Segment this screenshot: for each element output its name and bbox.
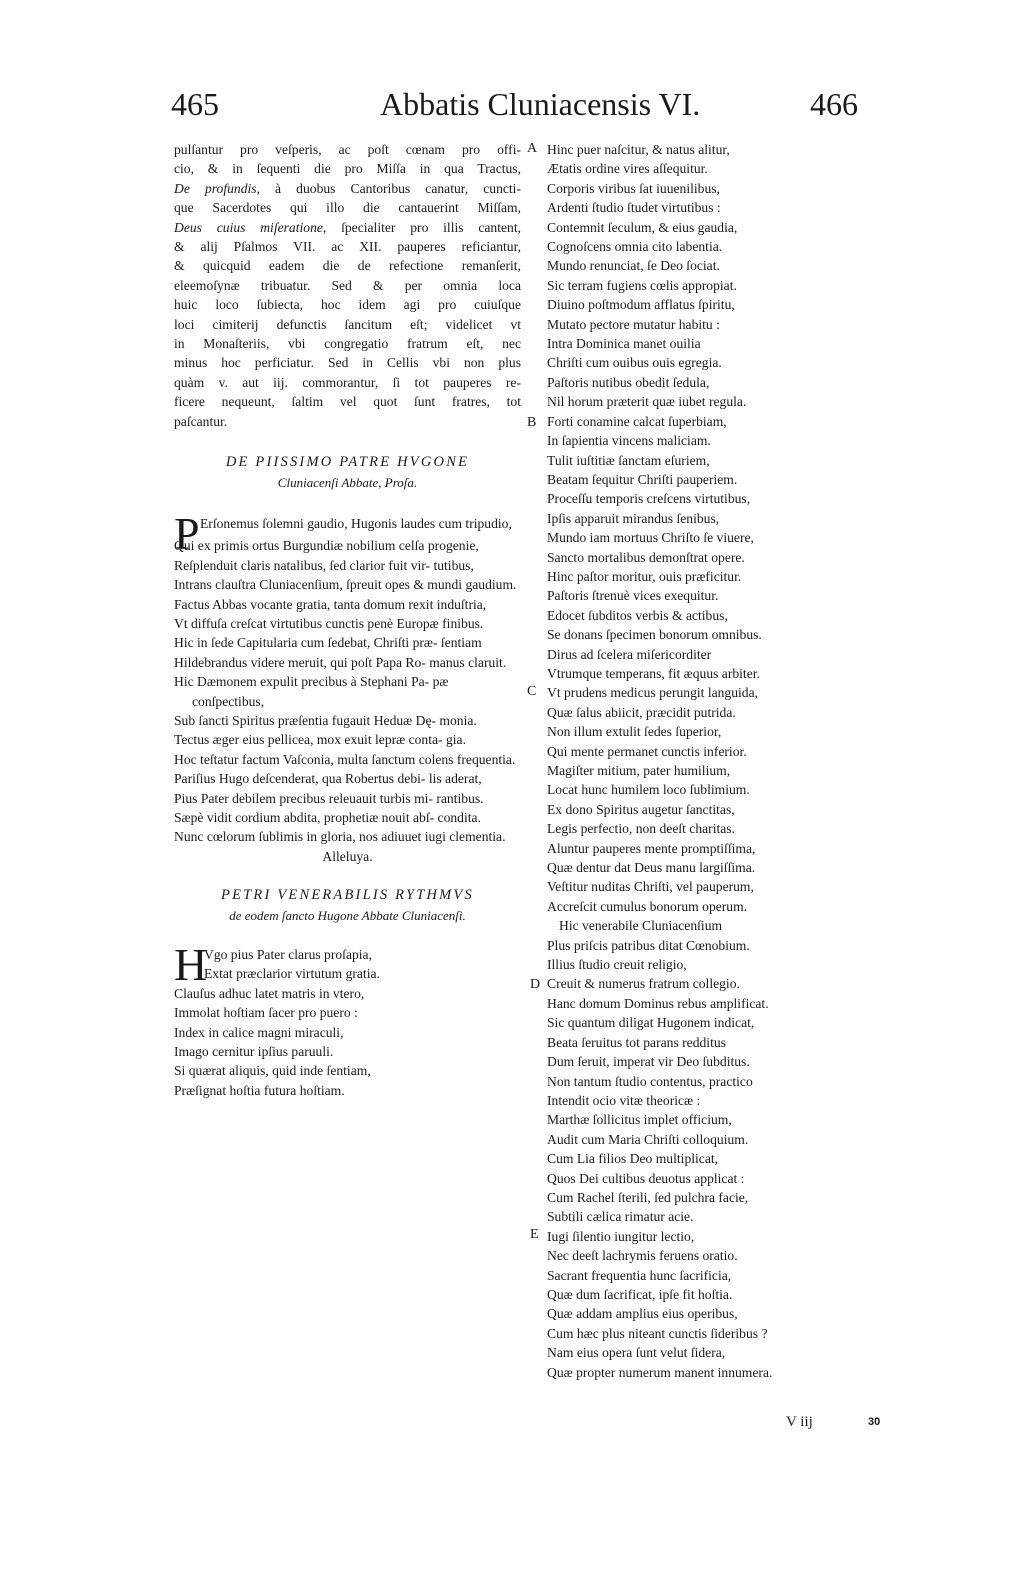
verse-list: Qui ex primis ortus Burgundiæ nobilium c…: [174, 536, 521, 847]
verse-line: Sacrant frequentia hunc ſacrificia,: [547, 1266, 867, 1285]
verse-line: Nam eius opera ſunt velut ſidera,: [547, 1343, 867, 1362]
verse-line: Nil horum præterit quæ iubet regula.: [547, 392, 867, 411]
verse-line: Pius Pater debilem precibus releuauit tu…: [174, 789, 521, 808]
verse-line: Vt prudens medicus perungit languida,: [547, 683, 867, 702]
verse-line: Iugi ſilentio iungitur lectio,: [547, 1227, 867, 1246]
verse-with-dropcap: P Erſonemus ſolemni gaudio, Hugonis laud…: [174, 514, 521, 533]
section-subtitle: de eodem ſancto Hugone Abbate Cluniacenſ…: [174, 906, 521, 925]
verse-line: Intrans clauſtra Cluniacenſium, ſpreuit …: [174, 575, 521, 594]
prose-line: loci cimiterij defunctis ſancitum eſt; v…: [174, 315, 521, 334]
verse-line: Veſtitur nuditas Chriſti, vel pauperum,: [547, 877, 867, 896]
verse-line: Magiſter mitium, pater humilium,: [547, 761, 867, 780]
verse-line: Vgo pius Pater clarus proſapia,: [204, 945, 521, 964]
section-heading-prosa: DE PIISSIMO PATRE HVGONE Cluniacenſi Abb…: [174, 453, 521, 492]
verse-line: Ætatis ordine vires aſſequitur.: [547, 159, 867, 178]
verse-line: Tectus æger eius pellicea, mox exuit lep…: [174, 730, 521, 749]
prose-line: huic loco ſubiecta, hoc idem agi pro cui…: [174, 295, 521, 314]
verse-line: Vt diffuſa creſcat virtutibus cunctis pe…: [174, 614, 521, 633]
sheet-number: 30: [868, 1416, 880, 1428]
verse-line: Locat hunc humilem loco ſublimium.: [547, 780, 867, 799]
verse-line: Sic terram fugiens cœlis appropiat.: [547, 276, 867, 295]
page-number-left: 465: [171, 86, 219, 123]
verse-line: Contemnit ſeculum, & eius gaudia,: [547, 218, 867, 237]
italic-incipit: Deus cuius miſeratione: [174, 220, 323, 235]
verse-line: Hinc paſtor moritur, ouis præficitur.: [547, 567, 867, 586]
section-heading-rythmus: PETRI VENERABILIS RYTHMVS de eodem ſanct…: [174, 886, 521, 925]
verse-line: Hanc domum Dominus rebus amplificat.: [547, 994, 867, 1013]
left-column: pulſantur pro veſperis, ac poſt cœnam pr…: [174, 140, 521, 1100]
verse-line: Ex dono Spiritus augetur ſanctitas,: [547, 800, 867, 819]
verse-line: Mundo renunciat, ſe Deo ſociat.: [547, 256, 867, 275]
verse-line: Nec deeſt lachrymis feruens oratio.: [547, 1246, 867, 1265]
verse-line: Immolat hoſtiam ſacer pro puero :: [174, 1003, 521, 1022]
verse-line: Præſignat hoſtia futura hoſtiam.: [174, 1081, 521, 1100]
verse-line: Proceſſu temporis creſcens virtutibus,: [547, 489, 867, 508]
verse-line: Cum Lia filios Deo multiplicat,: [547, 1149, 867, 1168]
margin-marker-d: D: [530, 977, 540, 993]
prose-line: minus hoc perficiatur. Sed in Cellis vbi…: [174, 353, 521, 372]
verse-line: Hildebrandus videre meruit, qui poſt Pap…: [174, 653, 521, 672]
drop-cap: P: [174, 515, 200, 553]
verse-line: Qui mente permanet cunctis inferior.: [547, 742, 867, 761]
verse-line: Hic venerabile Cluniacenſium: [547, 916, 867, 935]
verse-line: Quæ dum ſacrificat, ipſe fit hoſtia.: [547, 1285, 867, 1304]
prose-line: que Sacerdotes qui illo die cantauerint …: [174, 198, 521, 217]
verse-line: Quos Dei cultibus deuotus applicat :: [547, 1169, 867, 1188]
verse-line: Illius ſtudio creuit religio,: [547, 955, 867, 974]
verse-line: Extat præclarior virtutum gratia.: [204, 964, 521, 983]
drop-cap: H: [174, 946, 207, 984]
verse-line: Sancto mortalibus demonſtrat opere.: [547, 548, 867, 567]
verse-line: Qui ex primis ortus Burgundiæ nobilium c…: [174, 536, 521, 555]
verse-line: Pariſius Hugo deſcenderat, qua Robertus …: [174, 769, 521, 788]
verse-line: Intendit ocio vitæ theoricæ :: [547, 1091, 867, 1110]
verse-line: Accreſcit cumulus bonorum operum.: [547, 897, 867, 916]
verse-line: Legis perfectio, non deeſt charitas.: [547, 819, 867, 838]
verse-line: Edocet ſubditos verbis & actibus,: [547, 606, 867, 625]
prose-line: eleemoſynæ tribuatur. Sed & per omnia lo…: [174, 276, 521, 295]
verse-line: Dum ſeruit, imperat vir Deo ſubditus.: [547, 1052, 867, 1071]
verse-line: Chriſti cum ouibus ouis egregia.: [547, 353, 867, 372]
prosa-verses: P Erſonemus ſolemni gaudio, Hugonis laud…: [174, 514, 521, 866]
verse-text: Erſonemus ſolemni gaudio, Hugonis laudes…: [200, 516, 512, 531]
verse-line: Aluntur pauperes mente promptiſſima,: [547, 839, 867, 858]
verse-line: Sub ſancti Spiritus præſentia fugauit He…: [174, 711, 521, 730]
prose-line: pulſantur pro veſperis, ac poſt cœnam pr…: [174, 140, 521, 159]
verse-line: Corporis viribus ſat iuuenilibus,: [547, 179, 867, 198]
verse-line: Nunc cœlorum ſublimis in gloria, nos adi…: [174, 827, 521, 846]
verse-line: Intra Dominica manet ouilia: [547, 334, 867, 353]
margin-marker-b: B: [527, 415, 536, 431]
verse-line: Beata ſeruitus tot parans redditus: [547, 1033, 867, 1052]
verse-line: Cum Rachel ſterili, ſed pulchra facie,: [547, 1188, 867, 1207]
section-title: DE PIISSIMO PATRE HVGONE: [174, 453, 521, 472]
verse-line: Se donans ſpecimen bonorum omnibus.: [547, 625, 867, 644]
verse-line: Plus priſcis patribus ditat Cœnobium.: [547, 936, 867, 955]
verse-line: Non tantum ſtudio contentus, practico: [547, 1072, 867, 1091]
verse-line: Dirus ad ſcelera miſericorditer: [547, 645, 867, 664]
prose-line: Deus cuius miſeratione, ſpecialiter pro …: [174, 218, 521, 237]
prose-line: quàm v. aut iij. commorantur, ſi tot pau…: [174, 373, 521, 392]
verse-line: Si quærat aliquis, quid inde ſentiam,: [174, 1061, 521, 1080]
verse-line: Cognoſcens omnia cito labentia.: [547, 237, 867, 256]
verse-line: In ſapientia vincens maliciam.: [547, 431, 867, 450]
verse-with-dropcap: H Vgo pius Pater clarus proſapia, Extat …: [174, 945, 521, 984]
verse-line: Hinc puer naſcitur, & natus alitur,: [547, 140, 867, 159]
prose-line: cio, & in ſequenti die pro Miſſa in qua …: [174, 159, 521, 178]
verse-line: Mundo iam mortuus Chriſto ſe viuere,: [547, 528, 867, 547]
alleluya: Alleluya.: [174, 847, 521, 866]
verse-line: Audit cum Maria Chriſti colloquium.: [547, 1130, 867, 1149]
verse-line: Factus Abbas vocante gratia, tanta domum…: [174, 595, 521, 614]
verse-line: Tulit iuſtitiæ ſanctam eſuriem,: [547, 451, 867, 470]
prose-line: in Monaſteriis, vbi congregatio fratrum …: [174, 334, 521, 353]
verse-line: Index in calice magni miraculi,: [174, 1023, 521, 1042]
verse-line: Imago cernitur ipſius paruuli.: [174, 1042, 521, 1061]
verse-line: Quæ addam amplius eius operibus,: [547, 1304, 867, 1323]
verse-line: Paſtoris ſtrenuè vices exequitur.: [547, 586, 867, 605]
verse-line: Mutato pectore mutatur habitu :: [547, 315, 867, 334]
verse-line: Beatam ſequitur Chriſti pauperiem.: [547, 470, 867, 489]
verse-line: Diuino poſtmodum afflatus ſpiritu,: [547, 295, 867, 314]
prose-line: & quicquid eadem die de refectione reman…: [174, 256, 521, 275]
verse-line: Hic Dæmonem expulit precibus à Stephani …: [174, 672, 521, 711]
verse-line: Ardenti ſtudio ſtudet virtutibus :: [547, 198, 867, 217]
section-subtitle: Cluniacenſi Abbate, Proſa.: [174, 473, 521, 492]
verse-line: Quæ propter numerum manent innumera.: [547, 1363, 867, 1382]
verse-line: Marthæ ſollicitus implet officium,: [547, 1110, 867, 1129]
verse-line: Quæ dentur dat Deus manu largiſſima.: [547, 858, 867, 877]
verse-line: Hoc teſtatur factum Vaſconia, multa ſanc…: [174, 750, 521, 769]
verse-line: Creuit & numerus fratrum collegio.: [547, 974, 867, 993]
verse-line: Reſplenduit claris natalibus, ſed clario…: [174, 556, 521, 575]
verse-line: Non illum extulit ſedes ſuperior,: [547, 722, 867, 741]
signature-mark: V iij: [786, 1414, 813, 1431]
verse-line: Ipſis apparuit mirandus ſenibus,: [547, 509, 867, 528]
prose-line: & alij Pſalmos VII. ac XII. pauperes ref…: [174, 237, 521, 256]
verse-line: Sic quantum diligat Hugonem indicat,: [547, 1013, 867, 1032]
margin-marker-e: E: [530, 1227, 539, 1243]
verse-line: Quæ ſalus abiicit, præcidit putrida.: [547, 703, 867, 722]
right-column: Hinc puer naſcitur, & natus alitur, Ætat…: [547, 140, 867, 1382]
verse-line: Subtili cælica rimatur acie.: [547, 1207, 867, 1226]
running-title: Abbatis Cluniacensis VI.: [380, 86, 700, 123]
book-page: 465 Abbatis Cluniacensis VI. 466 pulſant…: [0, 0, 1024, 1572]
verse-line: Sæpè vidit cordium abdita, prophetiæ nou…: [174, 808, 521, 827]
rythmus-verses: H Vgo pius Pater clarus proſapia, Extat …: [174, 945, 521, 1100]
verse-line: Hic in ſede Capitularia cum ſedebat, Chr…: [174, 633, 521, 652]
italic-incipit: De profundis: [174, 181, 257, 196]
verse-line: Forti conamine calcat ſuperbiam,: [547, 412, 867, 431]
verse-line: Cum hæc plus niteant cunctis ſideribus ?: [547, 1324, 867, 1343]
margin-marker-c: C: [527, 684, 536, 700]
prose-line: ficere nequeunt, ſaltim vel quot ſunt fr…: [174, 392, 521, 411]
prose-line: De profundis, à duobus Cantoribus canatu…: [174, 179, 521, 198]
verse-line: Clauſus adhuc latet matris in vtero,: [174, 984, 521, 1003]
margin-marker-a: A: [527, 141, 537, 157]
section-title: PETRI VENERABILIS RYTHMVS: [174, 886, 521, 905]
verse-line: Paſtoris nutibus obedit ſedula,: [547, 373, 867, 392]
prose-line: paſcantur.: [174, 412, 521, 431]
verse-line: Vtrumque temperans, fit æquus arbiter.: [547, 664, 867, 683]
page-number-right: 466: [810, 86, 858, 123]
prose-paragraph: pulſantur pro veſperis, ac poſt cœnam pr…: [174, 140, 521, 431]
